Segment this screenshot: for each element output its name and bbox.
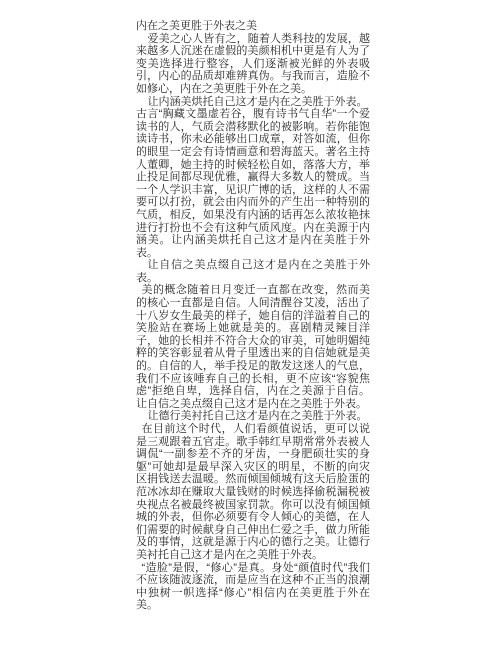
essay-paragraph: 古言“胸藏文墨虚若谷，腹有诗书气自华”一个爱读书的人，气质会潜移默化的被影响。若… [136, 108, 370, 259]
essay-paragraph: 爱美之心人皆有之，随着人类科技的发展，越来越多人沉迷在虚假的美颜相机中更是有人为… [136, 33, 370, 96]
essay-paragraph: “造脸”是假，“修心”是真。身处“颜值时代”我们不应该随波逐流，而是应当在这种不… [136, 562, 370, 612]
essay-body: 爱美之心人皆有之，随着人类科技的发展，越来越多人沉迷在虚假的美颜相机中更是有人为… [136, 33, 370, 612]
essay-paragraph: 美的概念随着日月变迁一直都在改变，然而美的核心一直都是自信。人间清醒谷艾凌，活出… [136, 284, 370, 410]
essay-paragraph: 让自信之美点缀自己这才是内在之美胜于外表。 [136, 259, 370, 284]
essay-paragraph: 在目前这个时代，人们看颜值说话，更可以说是三观跟着五官走。歌手韩红早期常常外表被… [136, 423, 370, 562]
essay-title: 内在之美更胜于外表之美 [136, 20, 370, 33]
essay-paragraph: 让德行美衬托自己这才是内在之美胜于外表。 [136, 410, 370, 423]
essay-paragraph: 让内涵美烘托自己这才是内在之美胜于外表。 [136, 96, 370, 109]
essay-page: 内在之美更胜于外表之美 爱美之心人皆有之，随着人类科技的发展，越来越多人沉迷在虚… [136, 20, 370, 612]
